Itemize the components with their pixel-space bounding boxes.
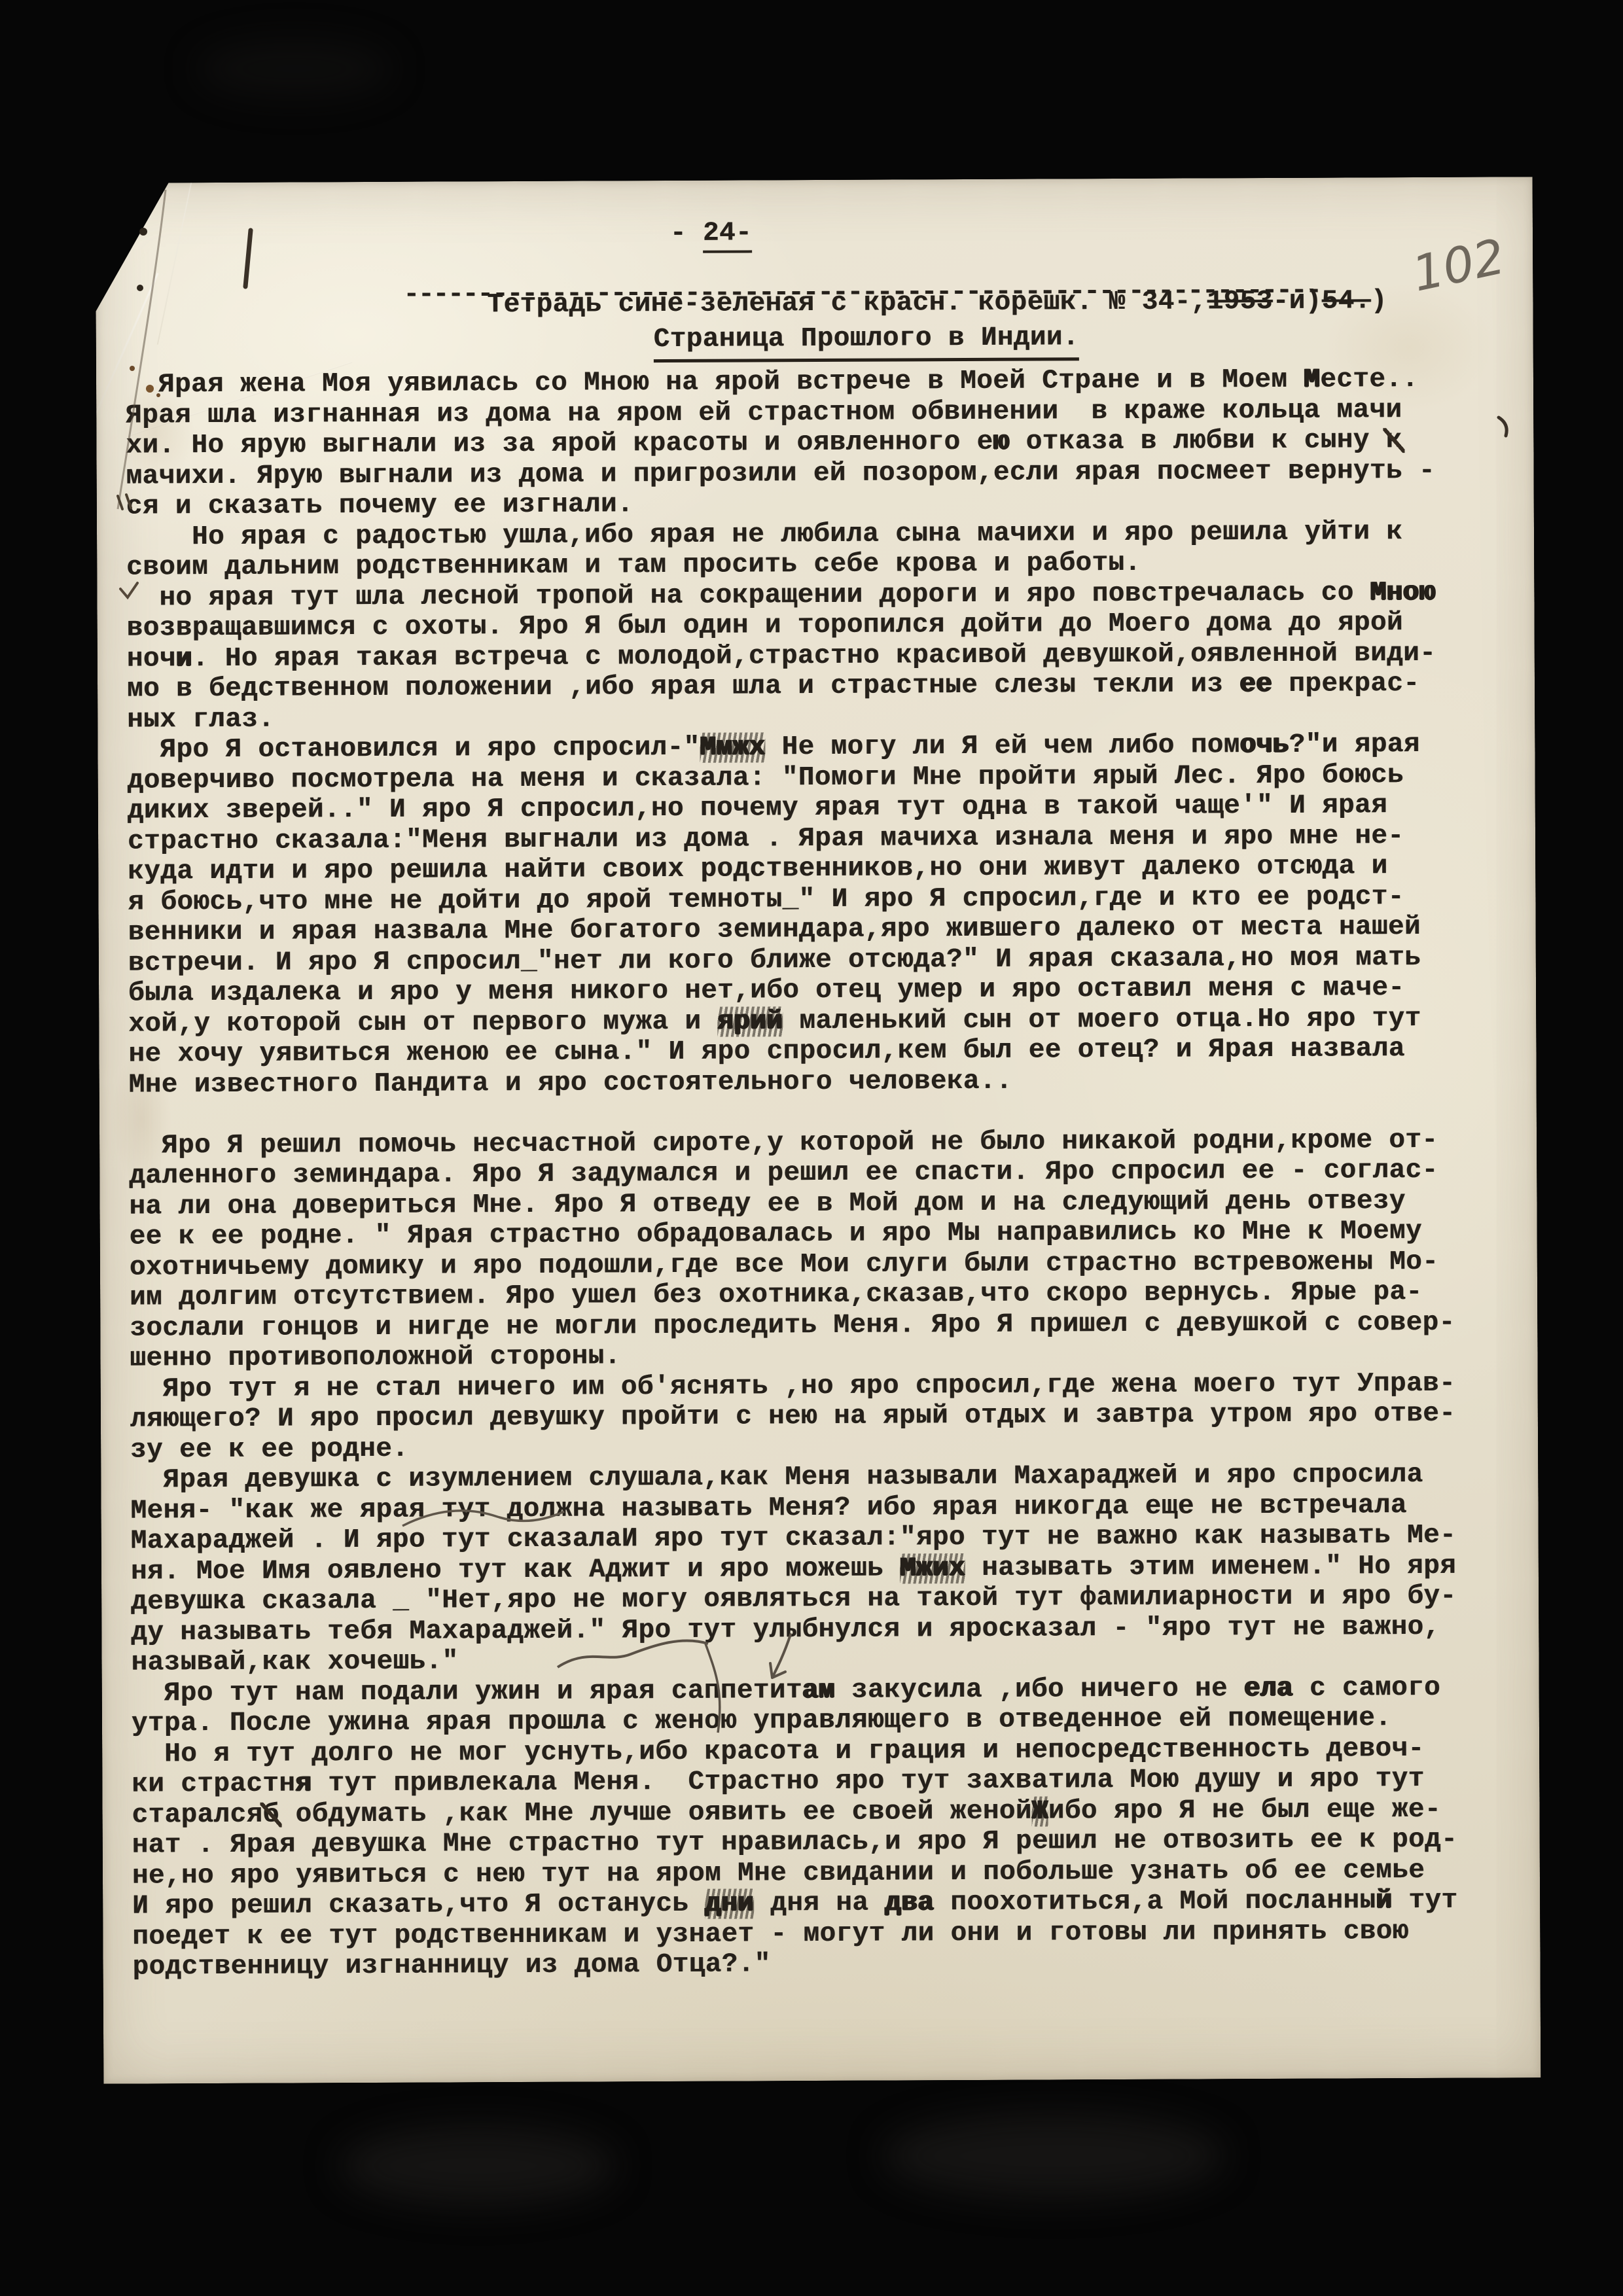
body-text: Ярая жена Моя уявилась со Мною на ярой в… <box>126 364 1546 1983</box>
text-line: не хочу уявиться женою ее сына." И яро с… <box>128 1033 1542 1070</box>
scanned-document-page: { "page": { "page_number": "- 24-", "not… <box>0 0 1623 2296</box>
background-smudge <box>196 39 393 98</box>
text-line: ляющего? И яро просил девушку пройти с н… <box>130 1398 1544 1435</box>
page-number-value: 24- <box>703 218 752 253</box>
background-smudge <box>340 2127 615 2205</box>
text-line: мачихи. Ярую выгнали из дома и пригрозил… <box>126 455 1540 492</box>
page-number: - 24- <box>670 218 752 249</box>
text-line: родственницу изгнанницу из дома Отца?." <box>132 1946 1546 1983</box>
text-line: зослали гонцов и нигде не могли проследи… <box>130 1307 1543 1344</box>
background-smudge <box>883 2113 1224 2199</box>
notebook-header-suffix: ) <box>1371 286 1387 316</box>
typed-dash-underline: ----------------------------------------… <box>403 276 1321 310</box>
text-line: поедет к ее тут родственникам и узнает -… <box>132 1916 1546 1952</box>
page-number-prefix: - <box>670 219 703 249</box>
text-line: Но ярая с радостью ушла,ибо ярая не люби… <box>126 516 1540 553</box>
paper-sheet: - 24- Тетрадь сине-зеленая с красн. коре… <box>96 177 1541 2084</box>
text-line: ду называть тебя Махараджей." Яро тут ул… <box>131 1612 1544 1648</box>
text-line: мо в бедственном положении ,ибо ярая шла… <box>127 668 1541 705</box>
struck-year-54: 54. <box>1322 286 1371 316</box>
paper-crease <box>157 178 193 345</box>
page-title: Страница Прошлого в Индии. <box>654 323 1079 362</box>
